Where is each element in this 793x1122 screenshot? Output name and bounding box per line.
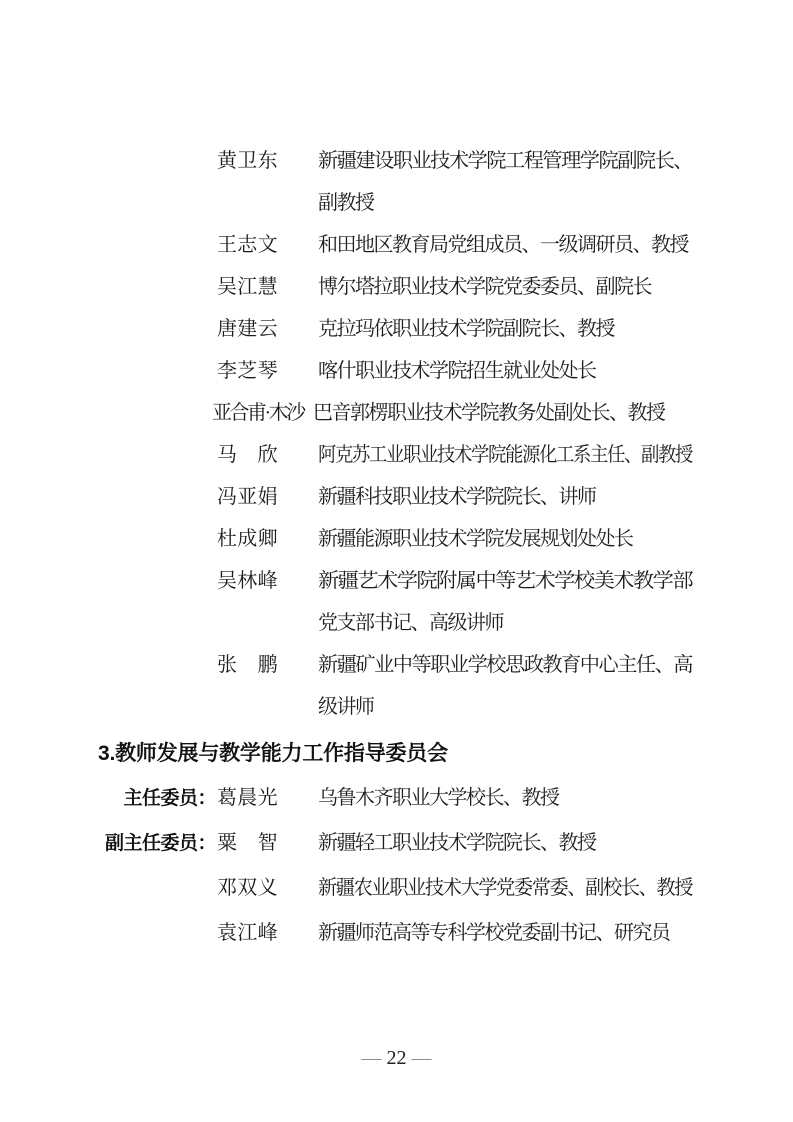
member-title: 新疆建设职业技术学院工程管理学院副院长、 (318, 140, 692, 182)
page-number-dash-left: — (362, 1047, 382, 1069)
member-title: 新疆能源职业技术学院发展规划处处长 (318, 518, 633, 560)
member-row: 冯亚娟新疆科技职业技术学院院长、讲师 (0, 476, 793, 518)
member-row: 唐建云克拉玛依职业技术学院副院长、教授 (0, 308, 793, 350)
member-row: 张 鹏新疆矿业中等职业学校思政教育中心主任、高 (0, 644, 793, 686)
page-number: —22— (0, 1046, 793, 1070)
member-row: 马 欣阿克苏工业职业技术学院能源化工系主任、副教授 (0, 434, 793, 476)
member-name: 葛晨光 (217, 776, 318, 821)
member-name: 唐建云 (217, 308, 318, 350)
member-title: 巴音郭楞职业技术学院教务处副处长、教授 (313, 392, 665, 434)
member-row: 主任委员：葛晨光乌鲁木齐职业大学校长、教授 (0, 776, 793, 821)
member-entry: 王志文和田地区教育局党组成员、一级调研员、教授 (0, 224, 793, 266)
member-row: 亚合甫·木沙巴音郭楞职业技术学院教务处副处长、教授 (0, 392, 793, 434)
member-name: 李芝琴 (217, 350, 318, 392)
member-row: 党支部书记、高级讲师 (0, 602, 793, 644)
member-name: 吴林峰 (217, 560, 318, 602)
committee-3-list: 主任委员：葛晨光乌鲁木齐职业大学校长、教授 副主任委员：粟 智新疆轻工职业技术学… (0, 776, 793, 956)
member-name: 粟 智 (217, 821, 318, 866)
member-row: 邓双义新疆农业职业技术大学党委常委、副校长、教授 (0, 866, 793, 911)
member-entry: 冯亚娟新疆科技职业技术学院院长、讲师 (0, 476, 793, 518)
member-row: 级讲师 (0, 686, 793, 728)
member-entry: 杜成卿新疆能源职业技术学院发展规划处处长 (0, 518, 793, 560)
member-title: 喀什职业技术学院招生就业处处长 (318, 350, 596, 392)
member-title: 新疆科技职业技术学院院长、讲师 (318, 476, 596, 518)
member-entry: 张 鹏新疆矿业中等职业学校思政教育中心主任、高 级讲师 (0, 644, 793, 728)
member-entry: 李芝琴喀什职业技术学院招生就业处处长 (0, 350, 793, 392)
member-name: 黄卫东 (217, 140, 318, 182)
member-name: 杜成卿 (217, 518, 318, 560)
member-entry: 唐建云克拉玛依职业技术学院副院长、教授 (0, 308, 793, 350)
member-title: 新疆矿业中等职业学校思政教育中心主任、高 (318, 644, 692, 686)
page-number-value: 22 (387, 1047, 407, 1069)
member-name: 袁江峰 (217, 911, 318, 956)
member-name: 邓双义 (217, 866, 318, 911)
member-entry: 黄卫东新疆建设职业技术学院工程管理学院副院长、 副教授 (0, 140, 793, 224)
member-title: 和田地区教育局党组成员、一级调研员、教授 (318, 224, 688, 266)
member-row: 副主任委员：粟 智新疆轻工职业技术学院院长、教授 (0, 821, 793, 866)
member-title: 克拉玛依职业技术学院副院长、教授 (318, 308, 614, 350)
member-title: 党支部书记、高级讲师 (318, 602, 503, 644)
page-number-dash-right: — (412, 1047, 432, 1069)
role-label: 副主任委员： (0, 821, 216, 866)
member-row: 李芝琴喀什职业技术学院招生就业处处长 (0, 350, 793, 392)
member-row: 副教授 (0, 182, 793, 224)
member-name: 马 欣 (217, 434, 318, 476)
member-row: 吴江慧博尔塔拉职业技术学院党委委员、副院长 (0, 266, 793, 308)
member-entry: 马 欣阿克苏工业职业技术学院能源化工系主任、副教授 (0, 434, 793, 476)
member-title: 新疆师范高等专科学校党委副书记、研究员 (318, 911, 670, 956)
section-heading: 3.教师发展与教学能力工作指导委员会 (0, 731, 793, 776)
member-row: 王志文和田地区教育局党组成员、一级调研员、教授 (0, 224, 793, 266)
member-title: 副教授 (318, 182, 374, 224)
member-name: 王志文 (217, 224, 318, 266)
member-title: 新疆艺术学院附属中等艺术学校美术教学部 (318, 560, 692, 602)
member-row: 杜成卿新疆能源职业技术学院发展规划处处长 (0, 518, 793, 560)
role-label: 主任委员： (0, 776, 216, 821)
member-list-continued: 黄卫东新疆建设职业技术学院工程管理学院副院长、 副教授 王志文和田地区教育局党组… (0, 140, 793, 728)
document-page: 黄卫东新疆建设职业技术学院工程管理学院副院长、 副教授 王志文和田地区教育局党组… (0, 0, 793, 1122)
member-row: 袁江峰新疆师范高等专科学校党委副书记、研究员 (0, 911, 793, 956)
member-title: 新疆轻工职业技术学院院长、教授 (318, 821, 596, 866)
member-title: 阿克苏工业职业技术学院能源化工系主任、副教授 (318, 434, 692, 476)
member-title: 新疆农业职业技术大学党委常委、副校长、教授 (318, 866, 692, 911)
member-name: 吴江慧 (217, 266, 318, 308)
member-entry: 吴江慧博尔塔拉职业技术学院党委委员、副院长 (0, 266, 793, 308)
member-entry: 吴林峰新疆艺术学院附属中等艺术学校美术教学部 党支部书记、高级讲师 (0, 560, 793, 644)
member-title: 乌鲁木齐职业大学校长、教授 (318, 776, 559, 821)
member-name: 张 鹏 (217, 644, 318, 686)
member-entry: 亚合甫·木沙巴音郭楞职业技术学院教务处副处长、教授 (0, 392, 793, 434)
member-row: 吴林峰新疆艺术学院附属中等艺术学校美术教学部 (0, 560, 793, 602)
member-title: 级讲师 (318, 686, 374, 728)
member-name: 冯亚娟 (217, 476, 318, 518)
member-row: 黄卫东新疆建设职业技术学院工程管理学院副院长、 (0, 140, 793, 182)
member-title: 博尔塔拉职业技术学院党委委员、副院长 (318, 266, 651, 308)
member-name: 亚合甫·木沙 (212, 392, 313, 434)
